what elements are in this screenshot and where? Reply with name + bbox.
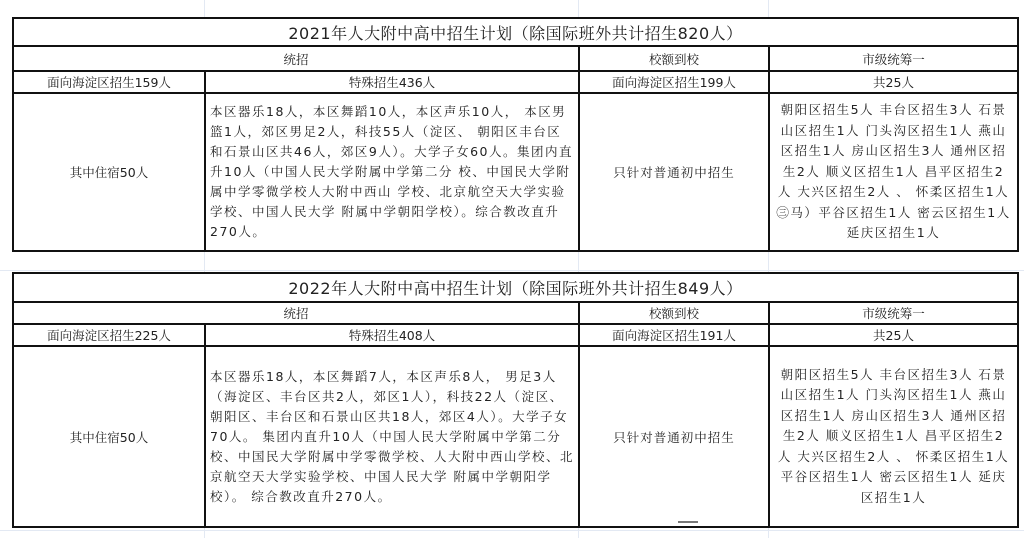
admission-plan-table-2021: 2021年人大附中高中招生计划（除国际班外共计招生820人） 统招 校额到校 市… [12,17,1019,252]
table-title: 2022年人大附中高中招生计划（除国际班外共计招生849人） [13,273,1018,302]
sheet-gridline [0,270,1024,271]
section-header-unified: 统招 [13,46,579,71]
subheader-city-total: 共25人 [769,324,1018,346]
subheader-special: 特殊招生436人 [205,71,579,93]
subheader-haidian: 面向海淀区招生159人 [13,71,205,93]
subheader-quota-haidian: 面向海淀区招生191人 [579,324,769,346]
sheet-gridline [0,530,1024,531]
section-header-unified: 统招 [13,302,579,324]
section-header-quota: 校额到校 [579,46,769,71]
section-header-city: 市级统筹一 [769,302,1018,324]
city-detail-cell: 朝阳区招生5人 丰台区招生3人 石景山区招生1人 门头沟区招生1人 燕山区招生1… [769,346,1018,527]
city-detail-cell: 朝阳区招生5人 丰台区招生3人 石景山区招生1人 门头沟区招生1人 燕山区招生1… [769,93,1018,251]
quota-note-cell: 只针对普通初中招生 [579,93,769,251]
special-detail-cell: 本区器乐18人，本区舞蹈10人，本区声乐10人， 本区男篮1人，郊区男足2人，科… [205,93,579,251]
stray-underline-mark [678,521,698,523]
subheader-haidian: 面向海淀区招生225人 [13,324,205,346]
table-title: 2021年人大附中高中招生计划（除国际班外共计招生820人） [13,18,1018,46]
special-detail-cell: 本区器乐18人，本区舞蹈7人，本区声乐8人， 男足3人（海淀区、丰台区共2人，郊… [205,346,579,527]
admission-plan-table-2022: 2022年人大附中高中招生计划（除国际班外共计招生849人） 统招 校额到校 市… [12,272,1019,528]
section-header-city: 市级统筹一 [769,46,1018,71]
section-header-quota: 校额到校 [579,302,769,324]
quota-note-cell: 只针对普通初中招生 [579,346,769,527]
boarding-cell: 其中住宿50人 [13,93,205,251]
subheader-special: 特殊招生408人 [205,324,579,346]
boarding-cell: 其中住宿50人 [13,346,205,527]
subheader-quota-haidian: 面向海淀区招生199人 [579,71,769,93]
subheader-city-total: 共25人 [769,71,1018,93]
